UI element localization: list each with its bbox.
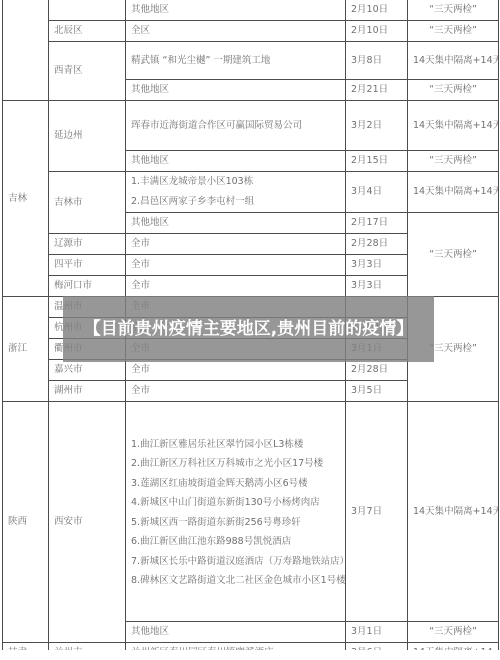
- measure-cell: 14天集中隔离+14天居家健康监测: [408, 402, 499, 622]
- area-cell: 全市: [126, 234, 346, 255]
- area-line: 3.莲湖区红庙坡街道金辉天鹅湾小区6号楼: [131, 474, 340, 494]
- table-row: 北辰区 全区 2月10日 “三天两检”: [3, 21, 499, 42]
- page: 其他地区 2月10日 “三天两检” 北辰区 全区 2月10日 “三天两检” 西青…: [0, 0, 500, 660]
- date-cell: 2月28日: [346, 360, 408, 381]
- city-cell: 西青区: [49, 42, 126, 101]
- city-cell: 延边州: [49, 101, 126, 172]
- area-cell: 全市: [126, 381, 346, 402]
- measure-cell: 14天集中隔离+14天居家健康监测: [408, 101, 499, 151]
- city-cell: 西安市: [49, 402, 126, 643]
- date-cell: 2月15日: [346, 151, 408, 172]
- city-cell: 辽源市: [49, 234, 126, 255]
- date-cell: 2月10日: [346, 21, 408, 42]
- date-cell: 3月3日: [346, 276, 408, 297]
- province-cell: [3, 0, 49, 101]
- table-row: 陕西 西安市 1.曲江新区雅居乐社区翠竹园小区L3栋楼 2.曲江新区万科社区万科…: [3, 402, 499, 622]
- province-cell: 陕西: [3, 402, 49, 643]
- date-cell: 3月3日: [346, 255, 408, 276]
- measure-cell: 14天集中隔离+14天居家健康监测: [408, 42, 499, 80]
- measure-cell: “三天两检”: [408, 80, 499, 101]
- province-cell: 吉林: [3, 101, 49, 297]
- area-line: 2.曲江新区万科社区万科城市之光小区17号楼: [131, 454, 340, 474]
- area-cell: 1.丰满区龙城帝景小区103栋 2.昌邑区两家子乡李屯村一组: [126, 172, 346, 213]
- date-cell: 2月28日: [346, 234, 408, 255]
- date-cell: 2月17日: [346, 213, 408, 234]
- city-cell: 北辰区: [49, 21, 126, 42]
- area-cell: 全区: [126, 21, 346, 42]
- area-cell: 全市: [126, 255, 346, 276]
- area-line: 6.曲江新区曲江池东路988号凯悦酒店: [131, 532, 340, 552]
- page-bottom-margin: [0, 650, 500, 660]
- area-cell: 其他地区: [126, 213, 346, 234]
- date-cell: 3月1日: [346, 622, 408, 643]
- date-cell: 3月7日: [346, 402, 408, 622]
- date-cell: 3月4日: [346, 172, 408, 213]
- measure-cell: “三天两检”: [408, 21, 499, 42]
- area-cell: 其他地区: [126, 151, 346, 172]
- area-cell: 其他地区: [126, 0, 346, 21]
- area-cell: 全市: [126, 360, 346, 381]
- measure-cell: “三天两检”: [408, 213, 499, 297]
- table-row: 吉林市 1.丰满区龙城帝景小区103栋 2.昌邑区两家子乡李屯村一组 3月4日 …: [3, 172, 499, 213]
- area-line: 8.碑林区文艺路街道文北二社区金色城市小区1号楼: [131, 571, 340, 591]
- area-line: 1.曲江新区雅居乐社区翠竹园小区L3栋楼: [131, 435, 340, 455]
- city-cell: [49, 0, 126, 21]
- city-cell: 梅河口市: [49, 276, 126, 297]
- area-line: 2.昌邑区两家子乡李屯村一组: [131, 192, 340, 212]
- title-overlay-banner: 【目前贵州疫情主要地区,贵州目前的疫情】: [63, 296, 434, 362]
- date-cell: 3月5日: [346, 381, 408, 402]
- table-row: 吉林 延边州 珲春市近海街道合作区可赢国际贸易公司 3月2日 14天集中隔离+1…: [3, 101, 499, 151]
- area-cell: 1.曲江新区雅居乐社区翠竹园小区L3栋楼 2.曲江新区万科社区万科城市之光小区1…: [126, 402, 346, 622]
- area-cell: 其他地区: [126, 80, 346, 101]
- area-cell: 其他地区: [126, 622, 346, 643]
- city-cell: 湖州市: [49, 381, 126, 402]
- table-row: 西青区 精武镇 “和光尘樾” 一期建筑工地 3月8日 14天集中隔离+14天居家…: [3, 42, 499, 80]
- measure-cell: “三天两检”: [408, 0, 499, 21]
- measure-cell: 14天集中隔离+14天居家健康监测: [408, 172, 499, 213]
- area-line: 4.新城区中山门街道东新街130号小杨烤肉店: [131, 493, 340, 513]
- date-cell: 3月8日: [346, 42, 408, 80]
- city-cell: 嘉兴市: [49, 360, 126, 381]
- measure-cell: “三天两检”: [408, 622, 499, 643]
- measure-cell: “三天两检”: [408, 151, 499, 172]
- table-row: 其他地区 2月10日 “三天两检”: [3, 0, 499, 21]
- area-line: 7.新城区长乐中路街道汉庭酒店（万寿路地铁站店）: [131, 552, 340, 572]
- area-line: 5.新城区西一路街道东新街256号粤珍轩: [131, 513, 340, 533]
- city-cell: 四平市: [49, 255, 126, 276]
- overlay-title: 【目前贵州疫情主要地区,贵州目前的疫情】: [76, 318, 421, 341]
- area-cell: 全市: [126, 276, 346, 297]
- area-cell: 珲春市近海街道合作区可赢国际贸易公司: [126, 101, 346, 151]
- date-cell: 2月10日: [346, 0, 408, 21]
- date-cell: 2月21日: [346, 80, 408, 101]
- area-cell: 精武镇 “和光尘樾” 一期建筑工地: [126, 42, 346, 80]
- area-line: 1.丰满区龙城帝景小区103栋: [131, 172, 340, 192]
- city-cell: 吉林市: [49, 172, 126, 234]
- date-cell: 3月2日: [346, 101, 408, 151]
- province-cell: 浙江: [3, 297, 49, 402]
